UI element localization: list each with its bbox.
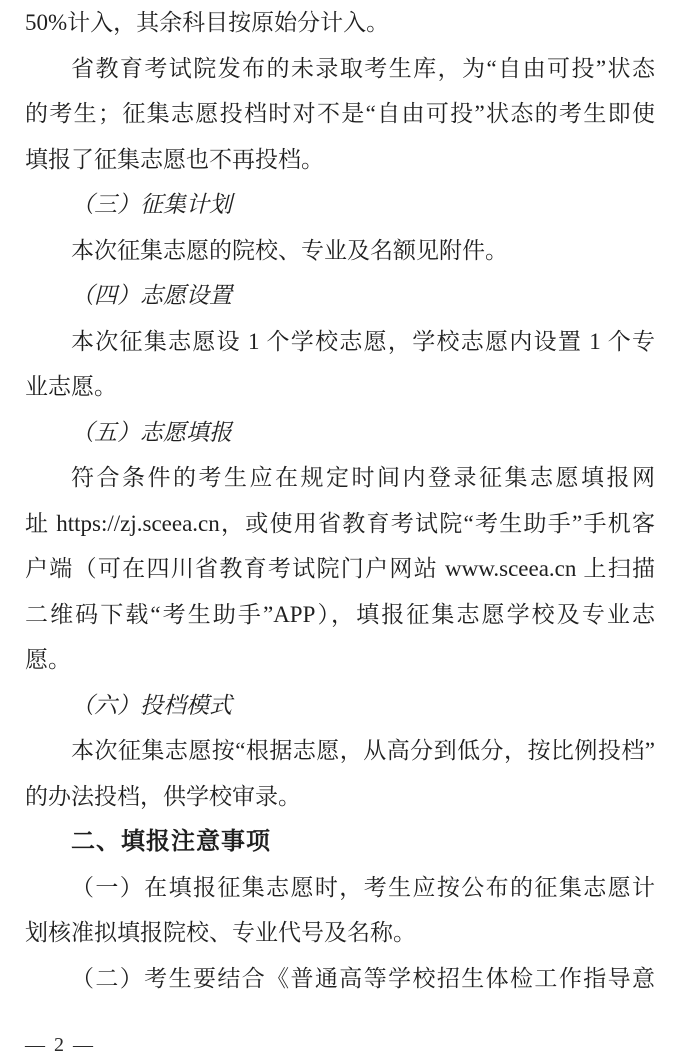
text-line: 本次征集志愿按“根据志愿，从高分到低分，按比例投档” [25, 728, 655, 774]
text-line: 的考生；征集志愿投档时对不是“自由可投”状态的考生即使 [25, 91, 655, 137]
text-line: 填报了征集志愿也不再投档。 [25, 137, 655, 183]
text-line: 的办法投档，供学校审录。 [25, 774, 655, 820]
text-line: 户端（可在四川省教育考试院门户网站 www.sceea.cn 上扫描 [25, 546, 655, 592]
text-line: 符合条件的考生应在规定时间内登录征集志愿填报网 [25, 455, 655, 501]
section-heading: （三）征集计划 [25, 182, 655, 228]
page-number: — 2 — [25, 1034, 95, 1057]
text-line: 本次征集志愿的院校、专业及名额见附件。 [25, 228, 655, 274]
section-heading: （四）志愿设置 [25, 273, 655, 319]
section-heading: （六）投档模式 [25, 683, 655, 729]
text-line: （二）考生要结合《普通高等学校招生体检工作指导意 [25, 956, 655, 1002]
text-line: （一）在填报征集志愿时，考生应按公布的征集志愿计 [25, 865, 655, 911]
text-line: 划核准拟填报院校、专业代号及名称。 [25, 910, 655, 956]
text-line: 省教育考试院发布的未录取考生库，为“自由可投”状态 [25, 46, 655, 92]
text-line: 本次征集志愿设 1 个学校志愿，学校志愿内设置 1 个专 [25, 319, 655, 365]
text-line: 愿。 [25, 637, 655, 683]
text-line: 业志愿。 [25, 364, 655, 410]
document-body: 50%计入，其余科目按原始分计入。省教育考试院发布的未录取考生库，为“自由可投”… [25, 0, 655, 1001]
section-heading: 二、填报注意事项 [25, 819, 655, 865]
text-line: 二维码下载“考生助手”APP），填报征集志愿学校及专业志 [25, 592, 655, 638]
text-line: 50%计入，其余科目按原始分计入。 [25, 0, 655, 46]
document-page: 50%计入，其余科目按原始分计入。省教育考试院发布的未录取考生库，为“自由可投”… [0, 0, 680, 1063]
text-line: 址 https://zj.sceea.cn，或使用省教育考试院“考生助手”手机客 [25, 501, 655, 547]
section-heading: （五）志愿填报 [25, 410, 655, 456]
